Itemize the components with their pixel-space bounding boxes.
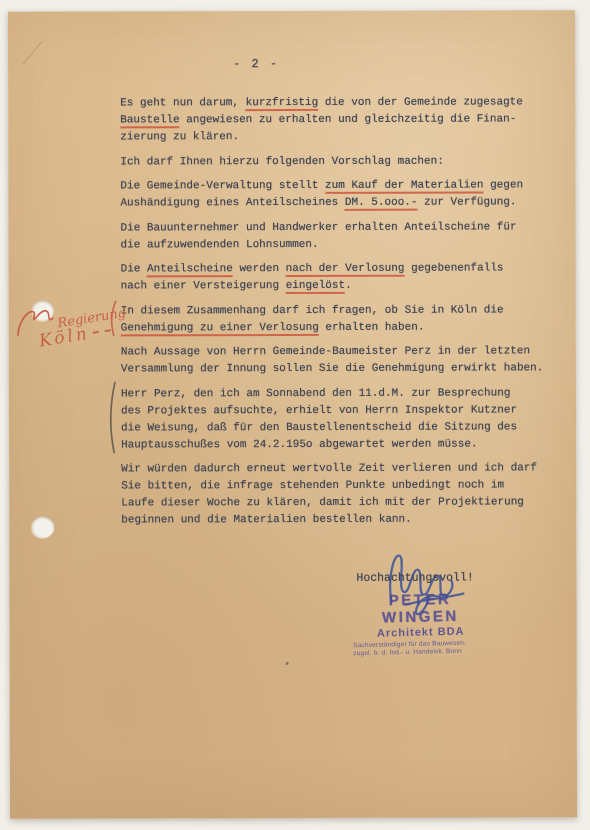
stamp-line4: zugel. b. d. Ind.- u. Handelsk. Bonn [350, 647, 492, 657]
valediction: Hochachtungsvoll! [356, 572, 473, 585]
punch-hole-bottom [32, 517, 54, 538]
text-run: Versammlung der Innung sollen Sie die Ge… [121, 362, 543, 375]
text-run: Herr Perz, den ich am Sonnabend den 11.d… [121, 387, 510, 400]
text-line: Aushändigung eines Anteilscheines DM. 5.… [120, 194, 544, 212]
text-run: In diesem Zusammenhang darf ich fragen, … [121, 304, 504, 317]
text-line: Herr Perz, den ich am Sonnabend den 11.d… [121, 385, 545, 403]
red-underlined-text: kurzfristig [246, 97, 319, 111]
text-run: Hauptausschußes vom 24.2.195o abgewartet… [121, 438, 477, 451]
text-run: Die Gemeinde-Verwaltung stellt [120, 180, 325, 193]
text-line: beginnen und die Materialien bestellen k… [121, 511, 545, 529]
paper-crease [23, 41, 43, 65]
text-run: Die [121, 263, 147, 275]
text-line: Die Bauunternehmer und Handwerker erhalt… [120, 219, 544, 237]
text-run: gegebenenfalls [404, 262, 503, 274]
paragraph: Die Gemeinde-Verwaltung stellt zum Kauf … [120, 177, 544, 212]
text-line: Genehmigung zu einer Verlosung erhalten … [121, 319, 545, 337]
text-run: Nach Aussage von Herrn Gemeinde-Baumeist… [121, 345, 530, 358]
paragraph: Die Anteilscheine werden nach der Verlos… [121, 260, 545, 295]
text-run: erhalten haben. [319, 321, 425, 333]
paragraph: Ich darf Ihnen hierzu folgenden Vorschla… [120, 153, 544, 171]
paragraph: In diesem Zusammenhang darf ich fragen, … [121, 302, 545, 337]
text-run: die von der Gemeinde zugesagte [318, 96, 523, 109]
text-run: die aufzuwendenden Lohnsummen. [121, 238, 319, 251]
paragraph: Die Bauunternehmer und Handwerker erhalt… [120, 219, 544, 254]
red-underlined-text: Baustelle [120, 114, 179, 128]
text-run: Aushändigung eines Anteilscheines [120, 197, 344, 210]
text-run: Wir würden dadurch erneut wertvolle Zeit… [121, 462, 537, 475]
letter-body: Es geht nun darum, kurzfristig die von d… [120, 94, 545, 537]
red-underlined-text: DM. 5.ooo.- [345, 197, 418, 211]
text-run: werden [233, 263, 286, 275]
text-run: nach einer Versteigerung [121, 280, 286, 292]
text-line: Ich darf Ihnen hierzu folgenden Vorschla… [120, 153, 544, 171]
paragraph: Es geht nun darum, kurzfristig die von d… [120, 94, 544, 146]
paper-speck [286, 662, 289, 665]
text-run: zierung zu klären. [120, 131, 239, 143]
text-line: Versammlung der Innung sollen Sie die Ge… [121, 360, 545, 378]
text-line: des Projektes aufsuchte, erhielt von Her… [121, 402, 545, 420]
text-line: Die Gemeinde-Verwaltung stellt zum Kauf … [120, 177, 544, 195]
paragraph: Nach Aussage von Herrn Gemeinde-Baumeist… [121, 343, 545, 378]
letter-page: - 2 - Es geht nun darum, kurzfristig die… [8, 10, 577, 818]
red-margin-bracket [108, 299, 118, 337]
text-line: nach einer Versteigerung eingelöst. [121, 277, 545, 295]
red-underlined-text: Anteilscheine [147, 263, 233, 277]
text-line: die Weisung, daß für den Baustellenentsc… [121, 419, 545, 437]
architect-stamp: PETER WINGEN Architekt BDA Sachverständi… [349, 590, 492, 657]
text-run: beginnen und die Materialien bestellen k… [121, 514, 411, 527]
text-run: Ich darf Ihnen hierzu folgenden Vorschla… [120, 155, 443, 168]
text-line: Nach Aussage von Herrn Gemeinde-Baumeist… [121, 343, 545, 361]
text-line: Wir würden dadurch erneut wertvolle Zeit… [121, 460, 545, 478]
text-line: Laufe dieser Woche zu klären, damit ich … [121, 494, 545, 512]
red-underlined-text: nach der Verlosung [286, 263, 405, 277]
text-line: Es geht nun darum, kurzfristig die von d… [120, 94, 544, 112]
text-run: zur Verfügung. [417, 196, 516, 208]
text-run: Es geht nun darum, [120, 97, 245, 109]
page-number: - 2 - [233, 57, 279, 71]
text-run: Die Bauunternehmer und Handwerker erhalt… [120, 221, 516, 234]
red-underlined-text: zum Kauf der Materialien [325, 179, 483, 193]
pencil-margin-line [106, 380, 118, 454]
paragraph: Herr Perz, den ich am Sonnabend den 11.d… [121, 385, 545, 454]
text-run: angewiesen zu erhalten und gleichzeitig … [180, 113, 517, 126]
paragraph: Wir würden dadurch erneut wertvolle Zeit… [121, 460, 545, 529]
text-run: des Projektes aufsuchte, erhielt von Her… [121, 404, 517, 417]
red-underlined-text: Genehmigung zu einer Verlosung [121, 321, 319, 336]
red-underlined-text: eingelöst [286, 280, 345, 294]
text-line: die aufzuwendenden Lohnsummen. [121, 236, 545, 254]
text-run: Laufe dieser Woche zu klären, damit ich … [121, 496, 524, 509]
text-run: . [345, 280, 352, 292]
text-line: Baustelle angewiesen zu erhalten und gle… [120, 111, 544, 129]
text-line: In diesem Zusammenhang darf ich fragen, … [121, 302, 545, 320]
text-line: zierung zu klären. [120, 128, 544, 146]
stamp-name: PETER WINGEN [349, 590, 492, 627]
text-run: gegen [483, 179, 523, 191]
text-run: Sie bitten, die infrage stehenden Punkte… [121, 479, 504, 492]
text-line: Hauptausschußes vom 24.2.195o abgewartet… [121, 436, 545, 454]
text-line: Die Anteilscheine werden nach der Verlos… [121, 260, 545, 278]
text-line: Sie bitten, die infrage stehenden Punkte… [121, 477, 545, 495]
text-run: die Weisung, daß für den Baustellenentsc… [121, 421, 517, 434]
